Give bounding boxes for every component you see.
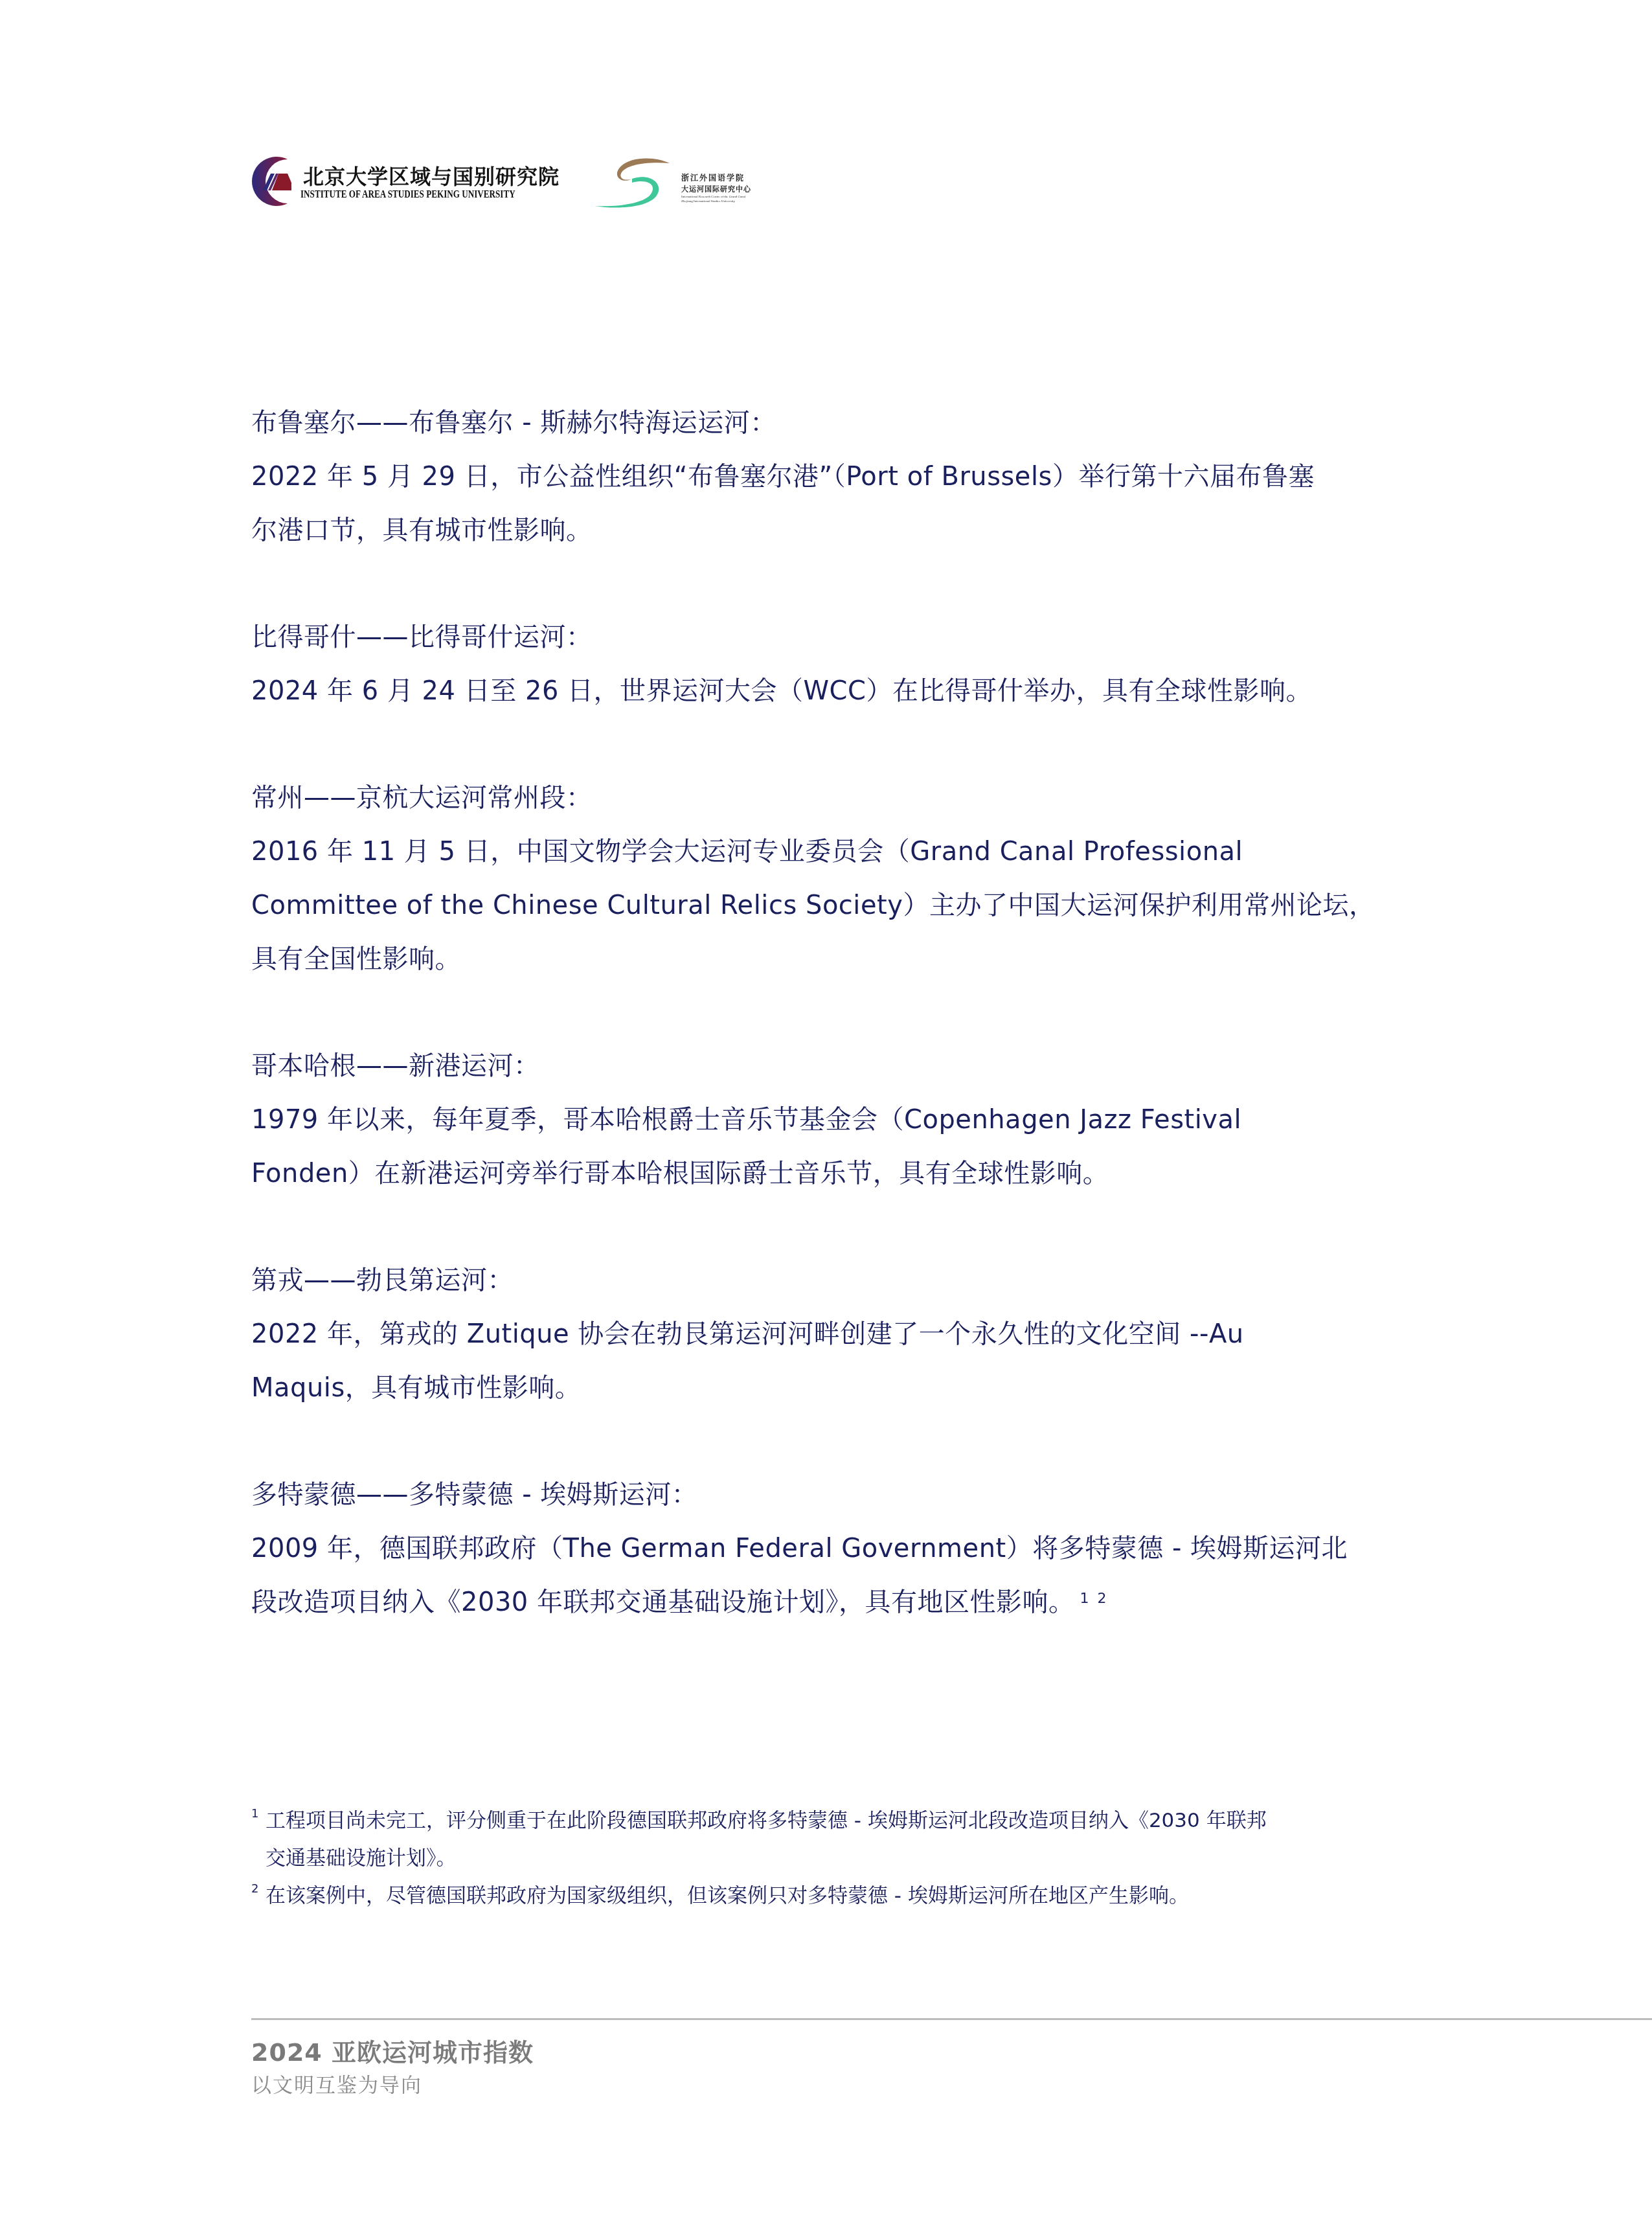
case-section-brussels: 布鲁塞尔——布鲁塞尔 - 斯赫尔特海运运河： 2022 年 5 月 29 日，市…: [251, 396, 1395, 558]
case-description: 2024 年 6 月 24 日至 26 日，世界运河大会（WCC）在比得哥什举办…: [251, 664, 1395, 718]
pku-logo: 北京大学区域与国别研究院 INSTITUTE OF AREA STUDIES P…: [249, 150, 560, 215]
case-description: 2022 年，第戎的 Zutique 协会在勃艮第运河河畔创建了一个永久性的文化…: [251, 1308, 1395, 1415]
case-description: 1979 年以来，每年夏季，哥本哈根爵士音乐节基金会（Copenhagen Ja…: [251, 1093, 1395, 1201]
zisu-name-en1: International Research Centre of the Gra…: [681, 196, 745, 199]
pku-name-en: INSTITUTE OF AREA STUDIES PEKING UNIVERS…: [300, 189, 515, 201]
case-heading: 布鲁塞尔——布鲁塞尔 - 斯赫尔特海运运河：: [251, 396, 1395, 450]
case-description: 2016 年 11 月 5 日，中国文物学会大运河专业委员会（Grand Can…: [251, 825, 1395, 986]
case-section-bydgoszcz: 比得哥什——比得哥什运河： 2024 年 6 月 24 日至 26 日，世界运河…: [251, 611, 1395, 718]
zisu-logo: 浙江外国语学院 大运河国际研究中心 International Research…: [592, 150, 760, 215]
footer-title: 2024 亚欧运河城市指数: [251, 2032, 534, 2068]
zisu-name-cn2: 大运河国际研究中心: [681, 184, 751, 194]
footer-divider: [251, 2018, 1652, 2020]
case-description: 2009 年，德国联邦政府（The German Federal Governm…: [251, 1522, 1395, 1630]
zisu-name-en2: Zhejiang International Studies Universit…: [681, 200, 735, 203]
case-heading: 比得哥什——比得哥什运河：: [251, 611, 1395, 664]
footer-subtitle: 以文明互鉴为导向: [251, 2069, 422, 2098]
zisu-name-cn1: 浙江外国语学院: [681, 172, 745, 183]
case-description: 2022 年 5 月 29 日，市公益性组织“布鲁塞尔港”（Port of Br…: [251, 450, 1395, 558]
case-section-dijon: 第戎——勃艮第运河： 2022 年，第戎的 Zutique 协会在勃艮第运河河畔…: [251, 1254, 1395, 1415]
footnotes: 1 工程项目尚未完工，评分侧重于在此阶段德国联邦政府将多特蒙德 - 埃姆斯运河北…: [251, 1802, 1395, 1914]
case-heading: 多特蒙德——多特蒙德 - 埃姆斯运河：: [251, 1468, 1395, 1522]
footnote-reference[interactable]: 1 2: [1080, 1591, 1109, 1607]
header-logos: 北京大学区域与国别研究院 INSTITUTE OF AREA STUDIES P…: [249, 150, 767, 215]
case-section-dortmund: 多特蒙德——多特蒙德 - 埃姆斯运河： 2009 年，德国联邦政府（The Ge…: [251, 1468, 1395, 1630]
main-content: 布鲁塞尔——布鲁塞尔 - 斯赫尔特海运运河： 2022 年 5 月 29 日，市…: [251, 396, 1395, 1683]
grand-canal-swirl-icon: [592, 150, 683, 215]
pku-emblem-icon: [249, 154, 298, 209]
pku-name-cn: 北京大学区域与国别研究院: [303, 161, 560, 190]
case-heading: 常州——京杭大运河常州段：: [251, 771, 1395, 825]
footnote-mark: 2: [251, 1870, 258, 1908]
case-section-copenhagen: 哥本哈根——新港运河： 1979 年以来，每年夏季，哥本哈根爵士音乐节基金会（C…: [251, 1039, 1395, 1201]
case-heading: 哥本哈根——新港运河：: [251, 1039, 1395, 1093]
case-section-changzhou: 常州——京杭大运河常州段： 2016 年 11 月 5 日，中国文物学会大运河专…: [251, 771, 1395, 986]
footnote-1: 1 工程项目尚未完工，评分侧重于在此阶段德国联邦政府将多特蒙德 - 埃姆斯运河北…: [251, 1802, 1395, 1877]
case-heading: 第戎——勃艮第运河：: [251, 1254, 1395, 1308]
footnote-mark: 1: [251, 1795, 258, 1833]
footnote-2: 2 在该案例中，尽管德国联邦政府为国家级组织，但该案例只对多特蒙德 - 埃姆斯运…: [251, 1877, 1395, 1914]
